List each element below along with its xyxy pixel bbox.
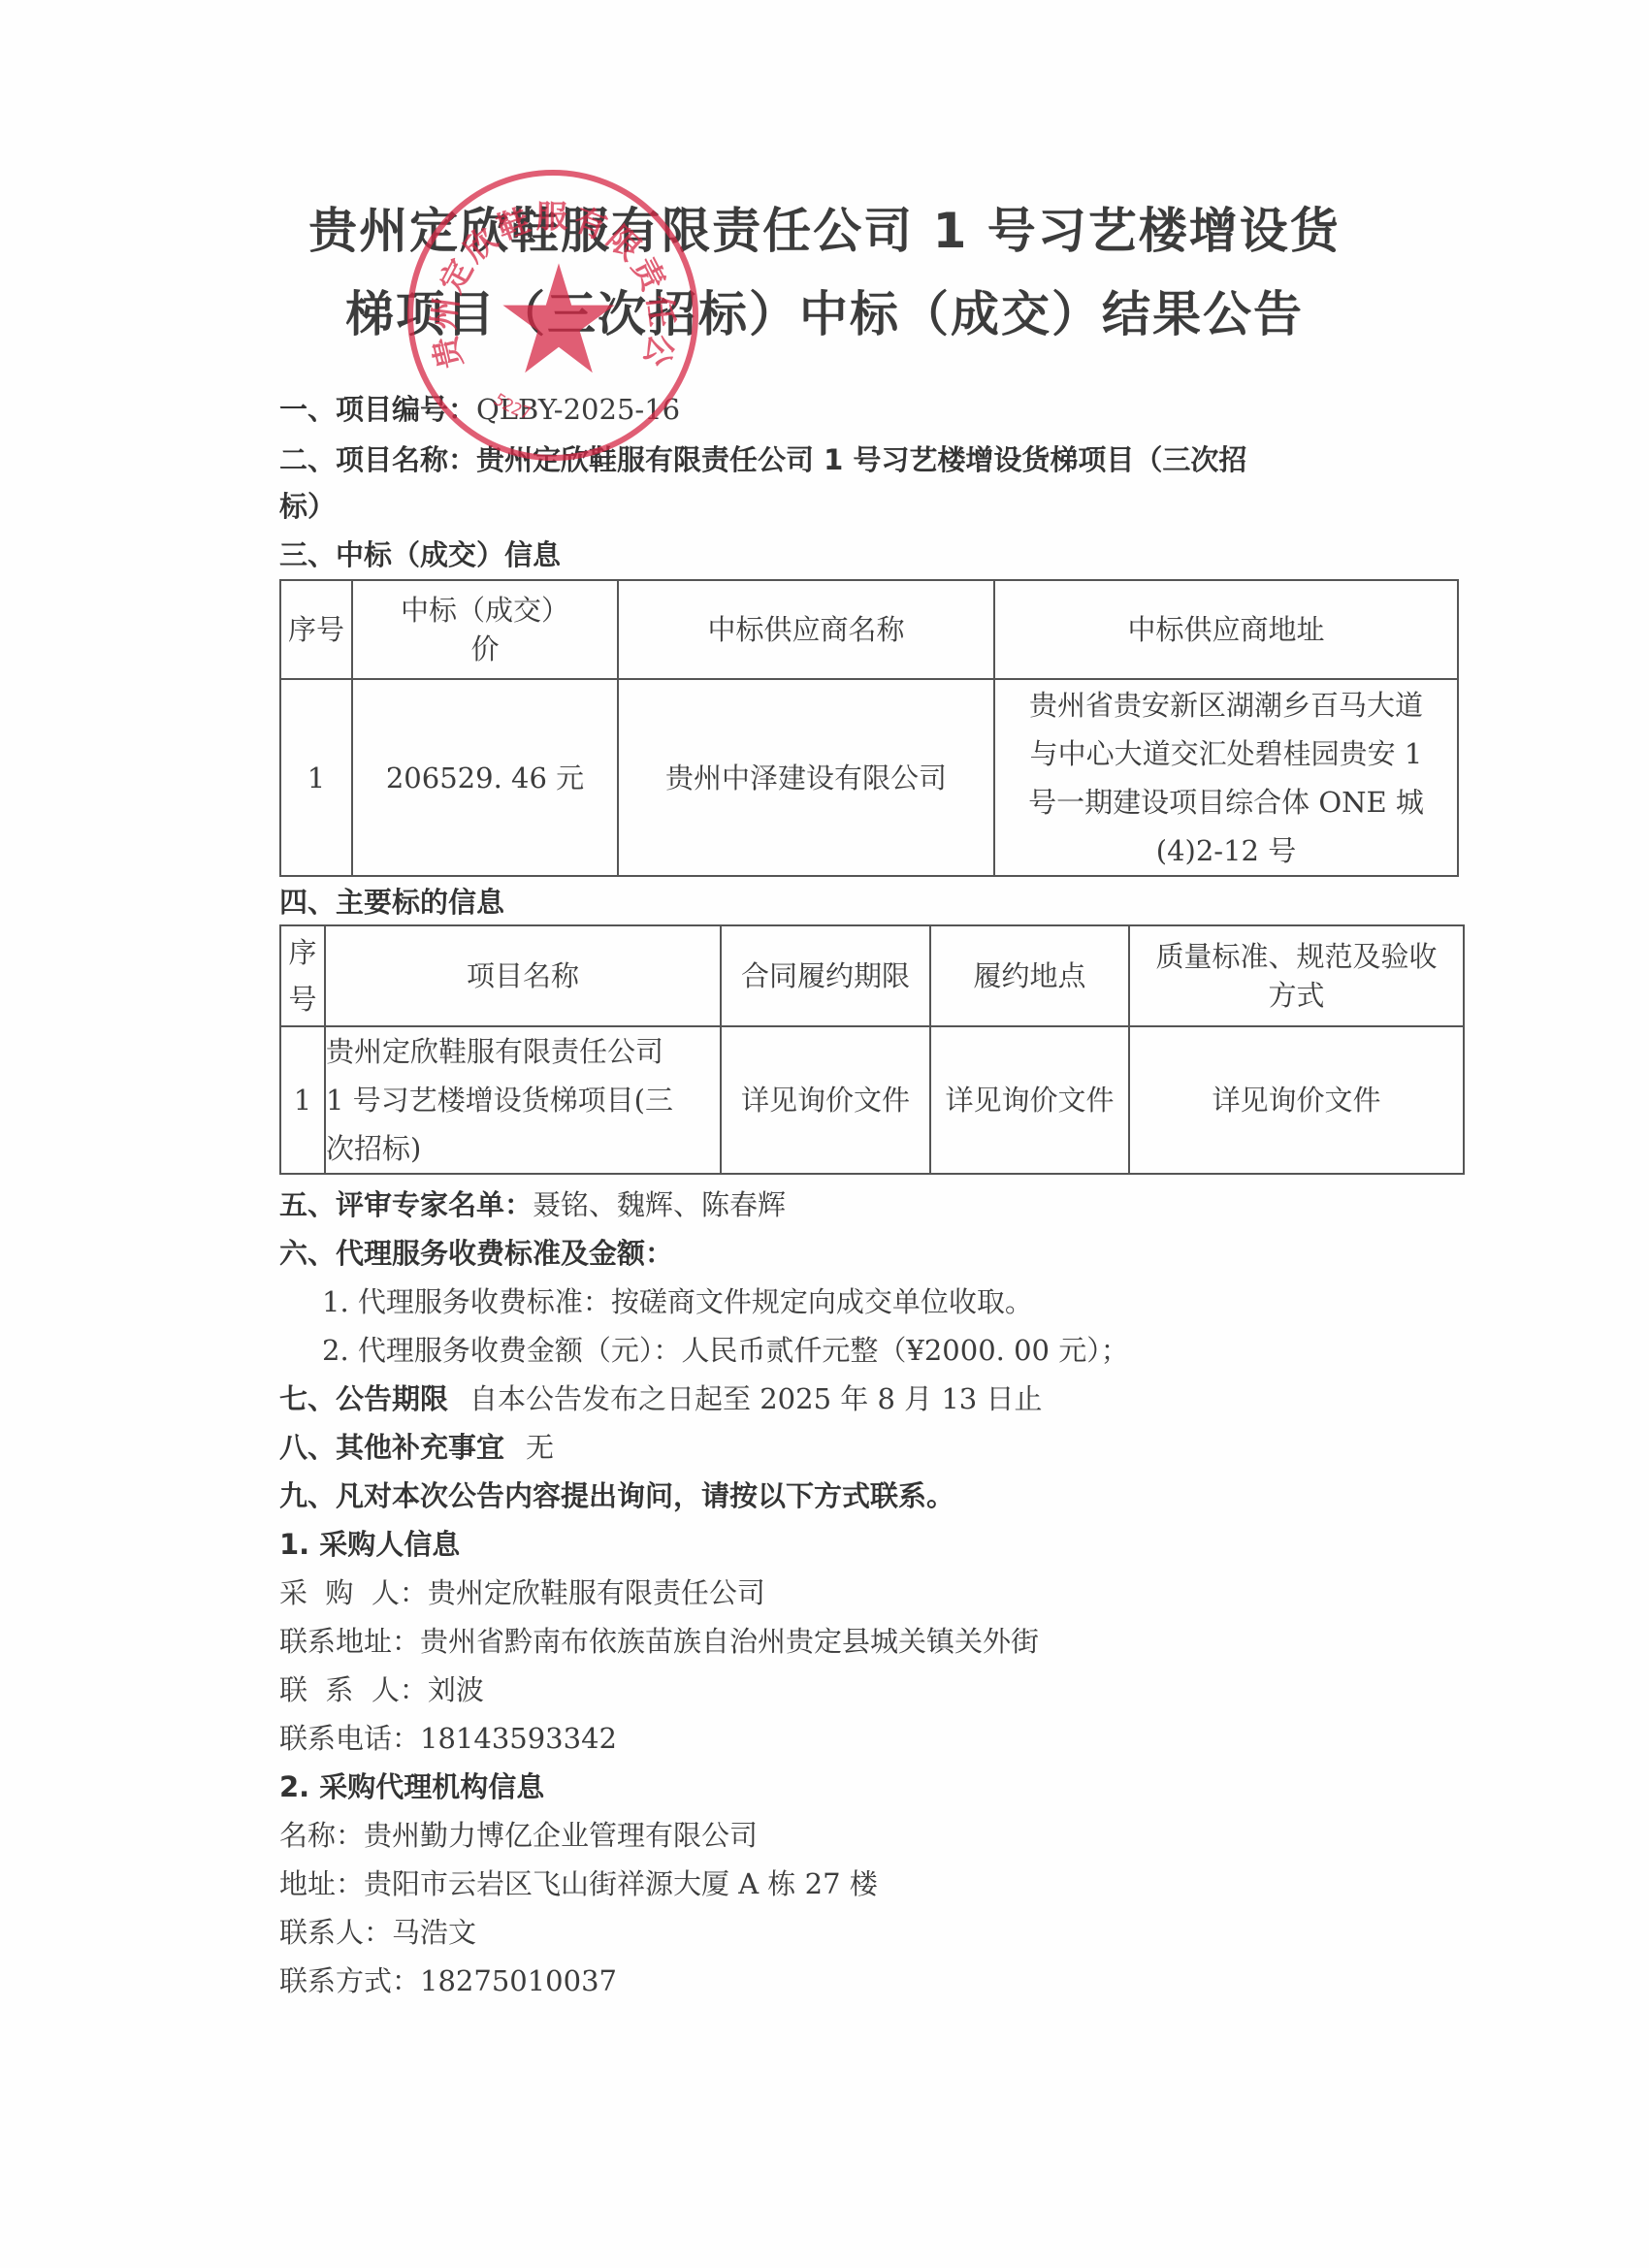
table-row: 1 贵州定欣鞋服有限责任公司 1 号习艺楼增设货梯项目(三 次招标) 详见询价文… — [280, 1026, 1464, 1174]
purchaser-contact-value: 刘波 — [428, 1673, 484, 1706]
project-number: 一、项目编号：QLBY-2025-16 — [279, 390, 680, 429]
agency-phone-label: 联系方式： — [279, 1964, 420, 1997]
row-period: 详见询价文件 — [721, 1026, 930, 1174]
agency-phone: 联系方式：18275010037 — [279, 1961, 617, 2000]
header-period: 合同履约期限 — [721, 925, 930, 1026]
agency-heading: 2. 采购代理机构信息 — [279, 1767, 544, 1806]
header-price-line2: 价 — [353, 630, 617, 668]
expert-list: 五、评审专家名单：聂铭、魏辉、陈春辉 — [279, 1185, 786, 1224]
purchaser-phone-label: 联系电话： — [279, 1722, 420, 1755]
address-line: 贵州省贵安新区湖潮乡百马大道 — [995, 681, 1457, 729]
row-address: 贵州省贵安新区湖潮乡百马大道 与中心大道交汇处碧桂园贵安 1 号一期建设项目综合… — [994, 679, 1458, 876]
header-supplier: 中标供应商名称 — [618, 580, 994, 679]
header-price: 中标（成交） 价 — [352, 580, 618, 679]
purchaser-name: 采 购 人：贵州定欣鞋服有限责任公司 — [279, 1573, 765, 1612]
project-name-line: 次招标) — [326, 1124, 720, 1173]
row-supplier: 贵州中泽建设有限公司 — [618, 679, 994, 876]
address-line: 号一期建设项目综合体 ONE 城 — [995, 778, 1457, 826]
other-matters-value: 无 — [526, 1431, 554, 1464]
address-line: 与中心大道交汇处碧桂园贵安 1 — [995, 729, 1457, 778]
agency-address-value: 贵阳市云岩区飞山街祥源大厦 A 栋 27 楼 — [364, 1867, 878, 1900]
header-no: 序号 — [280, 580, 352, 679]
purchaser-address-label: 联系地址： — [279, 1625, 420, 1658]
agency-name-label: 名称： — [279, 1819, 364, 1852]
agency-fee-standard: 1. 代理服务收费标准：按磋商文件规定向成交单位收取。 — [322, 1282, 1033, 1321]
expert-list-value: 聂铭、魏辉、陈春辉 — [533, 1188, 786, 1221]
purchaser-name-label: 采 购 人： — [279, 1576, 428, 1609]
table-row: 1 206529. 46 元 贵州中泽建设有限公司 贵州省贵安新区湖潮乡百马大道… — [280, 679, 1458, 876]
purchaser-contact-label: 联 系 人： — [279, 1673, 428, 1706]
purchaser-heading: 1. 采购人信息 — [279, 1525, 460, 1564]
purchaser-address-value: 贵州省黔南布依族苗族自治州贵定县城关镇关外街 — [420, 1625, 1039, 1658]
purchaser-contact: 联 系 人：刘波 — [279, 1670, 484, 1709]
document-page: 贵州定欣鞋服有限责任公司 1 号习艺楼增设货 梯项目（三次招标）中标（成交）结果… — [0, 0, 1649, 2268]
agency-fee-amount: 2. 代理服务收费金额（元）：人民币贰仟元整（¥2000. 00 元）； — [322, 1331, 1129, 1370]
document-title-line1: 贵州定欣鞋服有限责任公司 1 号习艺楼增设货 — [262, 192, 1387, 262]
row-no: 1 — [280, 679, 352, 876]
project-name-value: 贵州定欣鞋服有限责任公司 1 号习艺楼增设货梯项目（三次招 — [476, 443, 1246, 476]
header-no-line2: 号 — [281, 976, 324, 1022]
agency-name: 名称：贵州勤力博亿企业管理有限公司 — [279, 1816, 758, 1855]
purchaser-name-value: 贵州定欣鞋服有限责任公司 — [428, 1576, 765, 1609]
header-project-name: 项目名称 — [325, 925, 721, 1026]
project-name: 二、项目名称：贵州定欣鞋服有限责任公司 1 号习艺楼增设货梯项目（三次招 — [279, 440, 1246, 479]
row-project-name: 贵州定欣鞋服有限责任公司 1 号习艺楼增设货梯项目(三 次招标) — [325, 1026, 721, 1174]
project-number-value: QLBY-2025-16 — [476, 393, 680, 426]
inquiry-heading: 九、凡对本次公告内容提出询问，请按以下方式联系。 — [279, 1476, 954, 1515]
award-info-heading: 三、中标（成交）信息 — [279, 535, 561, 574]
project-name-line: 贵州定欣鞋服有限责任公司 — [326, 1027, 720, 1076]
agency-address-label: 地址： — [279, 1867, 364, 1900]
header-price-line1: 中标（成交） — [353, 591, 617, 630]
row-place: 详见询价文件 — [930, 1026, 1129, 1174]
agency-contact-value: 马浩文 — [392, 1916, 476, 1949]
project-name-line: 1 号习艺楼增设货梯项目(三 — [326, 1076, 720, 1124]
header-quality: 质量标准、规范及验收 方式 — [1129, 925, 1464, 1026]
purchaser-address: 联系地址：贵州省黔南布依族苗族自治州贵定县城关镇关外街 — [279, 1622, 1039, 1661]
agency-name-value: 贵州勤力博亿企业管理有限公司 — [364, 1819, 758, 1852]
other-matters: 八、其他补充事宜无 — [279, 1428, 554, 1467]
award-table: 序号 中标（成交） 价 中标供应商名称 中标供应商地址 1 206529. 46… — [279, 579, 1459, 877]
row-no: 1 — [280, 1026, 325, 1174]
expert-list-label: 五、评审专家名单： — [279, 1188, 533, 1221]
purchaser-phone-value: 18143593342 — [420, 1722, 617, 1755]
purchaser-phone: 联系电话：18143593342 — [279, 1719, 617, 1758]
project-name-label: 二、项目名称： — [279, 443, 476, 476]
other-matters-label: 八、其他补充事宜 — [279, 1431, 504, 1464]
notice-period: 七、公告期限自本公告发布之日起至 2025 年 8 月 13 日止 — [279, 1379, 1042, 1418]
header-no-line1: 序 — [281, 929, 324, 976]
address-line: (4)2-12 号 — [995, 826, 1457, 875]
notice-period-value: 自本公告发布之日起至 2025 年 8 月 13 日止 — [469, 1382, 1042, 1415]
notice-period-label: 七、公告期限 — [279, 1382, 448, 1415]
agency-fee-heading: 六、代理服务收费标准及金额： — [279, 1234, 673, 1273]
agency-phone-value: 18275010037 — [420, 1964, 617, 1997]
project-name-continued: 标） — [279, 487, 336, 526]
header-place: 履约地点 — [930, 925, 1129, 1026]
row-price: 206529. 46 元 — [352, 679, 618, 876]
project-number-label: 一、项目编号： — [279, 393, 476, 426]
subject-table-header: 序 号 项目名称 合同履约期限 履约地点 质量标准、规范及验收 方式 — [280, 925, 1464, 1026]
agency-address: 地址：贵阳市云岩区飞山街祥源大厦 A 栋 27 楼 — [279, 1864, 878, 1903]
header-quality-line2: 方式 — [1130, 976, 1463, 1015]
row-quality: 详见询价文件 — [1129, 1026, 1464, 1174]
agency-contact-label: 联系人： — [279, 1916, 392, 1949]
header-quality-line1: 质量标准、规范及验收 — [1130, 937, 1463, 976]
agency-contact: 联系人：马浩文 — [279, 1913, 476, 1952]
award-table-header: 序号 中标（成交） 价 中标供应商名称 中标供应商地址 — [280, 580, 1458, 679]
subject-info-heading: 四、主要标的信息 — [279, 883, 504, 922]
header-address: 中标供应商地址 — [994, 580, 1458, 679]
subject-table: 序 号 项目名称 合同履约期限 履约地点 质量标准、规范及验收 方式 1 贵州定… — [279, 924, 1465, 1175]
header-no: 序 号 — [280, 925, 325, 1026]
document-title-line2: 梯项目（三次招标）中标（成交）结果公告 — [262, 275, 1387, 345]
